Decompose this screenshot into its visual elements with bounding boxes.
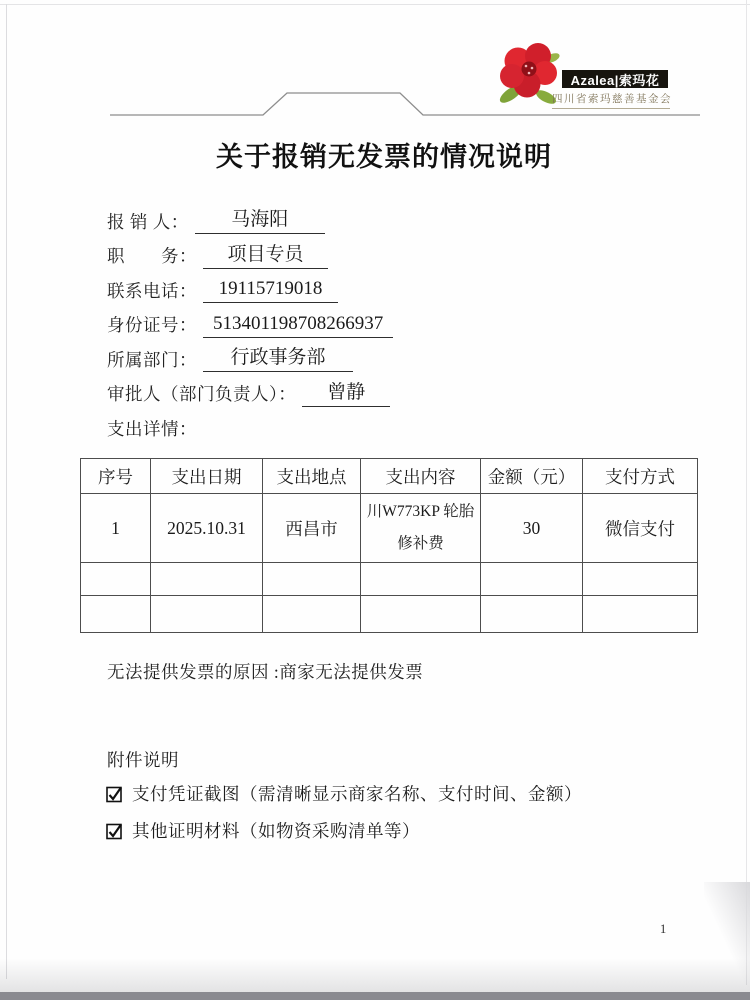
cell-amount	[481, 596, 583, 633]
field-row-approver: 审批人（部门负责人）： 曾静	[107, 377, 393, 412]
checked-checkbox-icon	[106, 823, 123, 840]
table-row	[81, 563, 698, 596]
expense-table: 序号 支出日期 支出地点 支出内容 金额（元） 支付方式 1 2025.10.3…	[80, 458, 698, 633]
field-label: 职 务：	[107, 243, 197, 268]
col-header-content: 支出内容	[361, 459, 481, 494]
cell-seq: 1	[81, 494, 151, 563]
cell-amount	[481, 563, 583, 596]
cell-date: 2025.10.31	[151, 494, 263, 563]
cell-date	[151, 563, 263, 596]
col-header-seq: 序号	[81, 459, 151, 494]
field-row-id-number: 身份证号： 513401198708266937	[107, 308, 393, 343]
cell-place	[263, 596, 361, 633]
attachment-item-label: 其他证明材料（如物资采购清单等）	[132, 820, 420, 842]
cell-method	[583, 596, 698, 633]
field-value: 项目专员	[203, 243, 328, 269]
cell-method	[583, 563, 698, 596]
document-title: 关于报销无发票的情况说明	[0, 140, 750, 174]
col-header-method: 支付方式	[583, 459, 698, 494]
cell-amount: 30	[481, 494, 583, 563]
logo-brand-box: Azalea|索玛花	[562, 70, 668, 88]
col-header-place: 支出地点	[263, 459, 361, 494]
field-label: 所属部门：	[107, 347, 197, 372]
cell-seq	[81, 563, 151, 596]
scan-corner-fold	[704, 882, 750, 992]
cell-method: 微信支付	[583, 494, 698, 563]
page-number: 1	[660, 922, 666, 937]
scanned-document-page: Azalea|索玛花 四川省索玛慈善基金会 关于报销无发票的情况说明 报 销 人…	[0, 0, 750, 1000]
cell-content	[361, 596, 481, 633]
attachment-item-other-proof: 其他证明材料（如物资采购清单等）	[106, 820, 420, 842]
field-value: 19115719018	[203, 277, 338, 303]
field-label: 联系电话：	[107, 278, 197, 303]
cell-place: 西昌市	[263, 494, 361, 563]
cell-content: 川W773KP 轮胎 修补费	[361, 494, 481, 563]
field-label: 审批人（部门负责人）：	[107, 381, 296, 406]
table-row	[81, 596, 698, 633]
checked-checkbox-icon	[106, 786, 123, 803]
attachment-item-label: 支付凭证截图（需清晰显示商家名称、支付时间、金额）	[132, 783, 582, 805]
field-row-phone: 联系电话： 19115719018	[107, 273, 393, 308]
table-header-row: 序号 支出日期 支出地点 支出内容 金额（元） 支付方式	[81, 459, 698, 494]
field-label: 报 销 人：	[107, 209, 189, 234]
cell-date	[151, 596, 263, 633]
cell-place	[263, 563, 361, 596]
scan-bottom-band	[0, 992, 750, 1000]
logo-organization-name: 四川省索玛慈善基金会	[552, 91, 670, 109]
col-header-date: 支出日期	[151, 459, 263, 494]
info-fields: 报 销 人： 马海阳 职 务： 项目专员 联系电话： 19115719018 身…	[107, 204, 393, 446]
scan-bottom-shadow	[0, 958, 750, 992]
expense-details-label: 支出详情：	[107, 411, 393, 446]
logo-brand-text: Azalea|索玛花	[571, 70, 660, 89]
col-header-amount: 金额（元）	[481, 459, 583, 494]
field-value: 曾静	[302, 381, 390, 407]
field-row-reimburser: 报 销 人： 马海阳	[107, 204, 393, 239]
field-value: 行政事务部	[203, 346, 353, 372]
field-row-department: 所属部门： 行政事务部	[107, 342, 393, 377]
no-invoice-reason: 无法提供发票的原因 :商家无法提供发票	[107, 660, 423, 684]
cell-seq	[81, 596, 151, 633]
field-row-position: 职 务： 项目专员	[107, 239, 393, 274]
attachment-item-payment-screenshot: 支付凭证截图（需清晰显示商家名称、支付时间、金额）	[106, 783, 582, 805]
table-row: 1 2025.10.31 西昌市 川W773KP 轮胎 修补费 30 微信支付	[81, 494, 698, 563]
cell-content	[361, 563, 481, 596]
attachments-heading: 附件说明	[107, 748, 179, 772]
field-value: 马海阳	[195, 208, 325, 234]
field-label: 身份证号：	[107, 312, 197, 337]
organization-logo: Azalea|索玛花 四川省索玛慈善基金会	[496, 38, 710, 108]
field-value: 513401198708266937	[203, 312, 393, 338]
